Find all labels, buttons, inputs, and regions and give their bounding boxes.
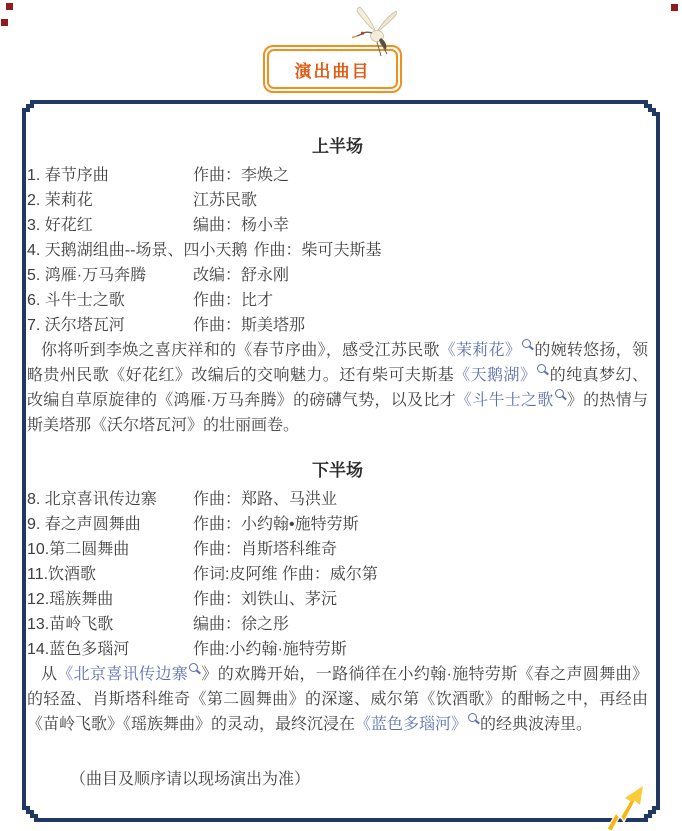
program-row: 11.饮酒歌作词:皮阿维 作曲：威尔第: [27, 562, 648, 587]
program-row: 6. 斗牛士之歌作曲：比才: [27, 288, 648, 313]
piece-number-title: 7. 沃尔塔瓦河: [27, 313, 193, 338]
piece-credit: 作曲：肖斯塔科维奇: [193, 537, 337, 562]
second-half-list: 8. 北京喜讯传边寨作曲：郑路、马洪业9. 春之声圆舞曲作曲：小约翰•施特劳斯1…: [27, 487, 648, 662]
pixel-decor: [671, 4, 678, 11]
program-row: 2. 茉莉花江苏民歌: [27, 188, 648, 213]
piece-number-title: 5. 鸿雁·万马奔腾: [27, 263, 193, 288]
piece-credit: 作曲：柴可夫斯基: [253, 238, 381, 263]
piece-credit: 作曲：郑路、马洪业: [193, 487, 337, 512]
program-row: 10.第二圆舞曲作曲：肖斯塔科维奇: [27, 537, 648, 562]
paragraph-text: 你将听到李焕之喜庆祥和的《春节序曲》，感受江苏民歌: [41, 342, 440, 359]
piece-credit: 作曲：李焕之: [193, 163, 289, 188]
pixel-decor: [1, 19, 8, 26]
piece-credit: 改编：舒永刚: [193, 263, 289, 288]
piece-credit: 作曲：刘铁山、茅沅: [193, 587, 337, 612]
song-link[interactable]: 《茉莉花》: [440, 342, 521, 359]
magnifier-search-icon[interactable]: [189, 663, 198, 672]
magnifier-search-icon[interactable]: [537, 364, 546, 373]
piece-credit: 作词:皮阿维 作曲：威尔第: [193, 562, 378, 587]
piece-credit: 作曲:小约翰·施特劳斯: [193, 637, 347, 662]
piece-number-title: 4. 天鹅湖组曲--场景、四小天鹅: [27, 238, 253, 263]
program-row: 3. 好花红编曲：杨小幸: [27, 213, 648, 238]
piece-number-title: 9. 春之声圆舞曲: [27, 512, 193, 537]
program-row: 4. 天鹅湖组曲--场景、四小天鹅作曲：柴可夫斯基: [27, 238, 648, 263]
program-row: 13.苗岭飞歌编曲：徐之彤: [27, 612, 648, 637]
song-link[interactable]: 《北京喜讯传边寨: [57, 666, 188, 683]
program-row: 14.蓝色多瑙河作曲:小约翰·施特劳斯: [27, 637, 648, 662]
piece-credit: 作曲：斯美塔那: [193, 313, 305, 338]
magnifier-search-icon[interactable]: [555, 389, 564, 398]
program-disclaimer: （曲目及顺序请以现场演出为准）: [70, 767, 648, 792]
song-link[interactable]: 《天鹅湖》: [454, 367, 536, 384]
paragraph-text: 从: [41, 666, 57, 683]
piece-number-title: 11.饮酒歌: [27, 562, 193, 587]
piece-number-title: 8. 北京喜讯传边寨: [27, 487, 193, 512]
pixel-decor: [6, 3, 13, 10]
first-half-description: 你将听到李焕之喜庆祥和的《春节序曲》，感受江苏民歌《茉莉花》的婉转悠扬，领略贵州…: [27, 338, 648, 438]
piece-number-title: 3. 好花红: [27, 213, 193, 238]
magnifier-search-icon[interactable]: [522, 339, 531, 348]
program-row: 5. 鸿雁·万马奔腾改编：舒永刚: [27, 263, 648, 288]
song-link[interactable]: 《斗牛士之歌: [456, 392, 554, 409]
program-row: 12.瑶族舞曲作曲：刘铁山、茅沅: [27, 587, 648, 612]
program-row: 8. 北京喜讯传边寨作曲：郑路、马洪业: [27, 487, 648, 512]
piece-number-title: 2. 茉莉花: [27, 188, 193, 213]
first-half-heading: 上半场: [27, 134, 648, 160]
program-row: 7. 沃尔塔瓦河作曲：斯美塔那: [27, 313, 648, 338]
piece-number-title: 1. 春节序曲: [27, 163, 193, 188]
piece-credit: 作曲：比才: [193, 288, 273, 313]
piece-credit: 编曲：徐之彤: [193, 612, 289, 637]
piece-credit: 作曲：小约翰•施特劳斯: [193, 512, 359, 537]
magnifier-search-icon[interactable]: [468, 713, 477, 722]
paragraph-text: 的经典波涛里。: [480, 716, 592, 733]
program-page: 演出曲目 上半场 1. 春节序曲作曲：李焕之2. 茉莉花江苏民歌3. 好花红编曲…: [0, 0, 682, 831]
golden-arrow-icon: [598, 783, 656, 831]
program-box: 上半场 1. 春节序曲作曲：李焕之2. 茉莉花江苏民歌3. 好花红编曲：杨小幸4…: [22, 100, 660, 822]
program-row: 9. 春之声圆舞曲作曲：小约翰•施特劳斯: [27, 512, 648, 537]
program-row: 1. 春节序曲作曲：李焕之: [27, 163, 648, 188]
piece-number-title: 14.蓝色多瑙河: [27, 637, 193, 662]
first-half-list: 1. 春节序曲作曲：李焕之2. 茉莉花江苏民歌3. 好花红编曲：杨小幸4. 天鹅…: [27, 163, 648, 338]
piece-credit: 编曲：杨小幸: [193, 213, 289, 238]
second-half-description: 从《北京喜讯传边寨》的欢腾开始，一路徜徉在小约翰·施特劳斯《春之声圆舞曲》的轻盈…: [27, 662, 648, 737]
second-half-heading: 下半场: [27, 458, 648, 484]
piece-number-title: 12.瑶族舞曲: [27, 587, 193, 612]
piece-number-title: 10.第二圆舞曲: [27, 537, 193, 562]
crane-icon: [350, 5, 402, 63]
song-link[interactable]: 《蓝色多瑙河》: [355, 716, 467, 733]
piece-number-title: 6. 斗牛士之歌: [27, 288, 193, 313]
piece-number-title: 13.苗岭飞歌: [27, 612, 193, 637]
piece-credit: 江苏民歌: [193, 188, 257, 213]
